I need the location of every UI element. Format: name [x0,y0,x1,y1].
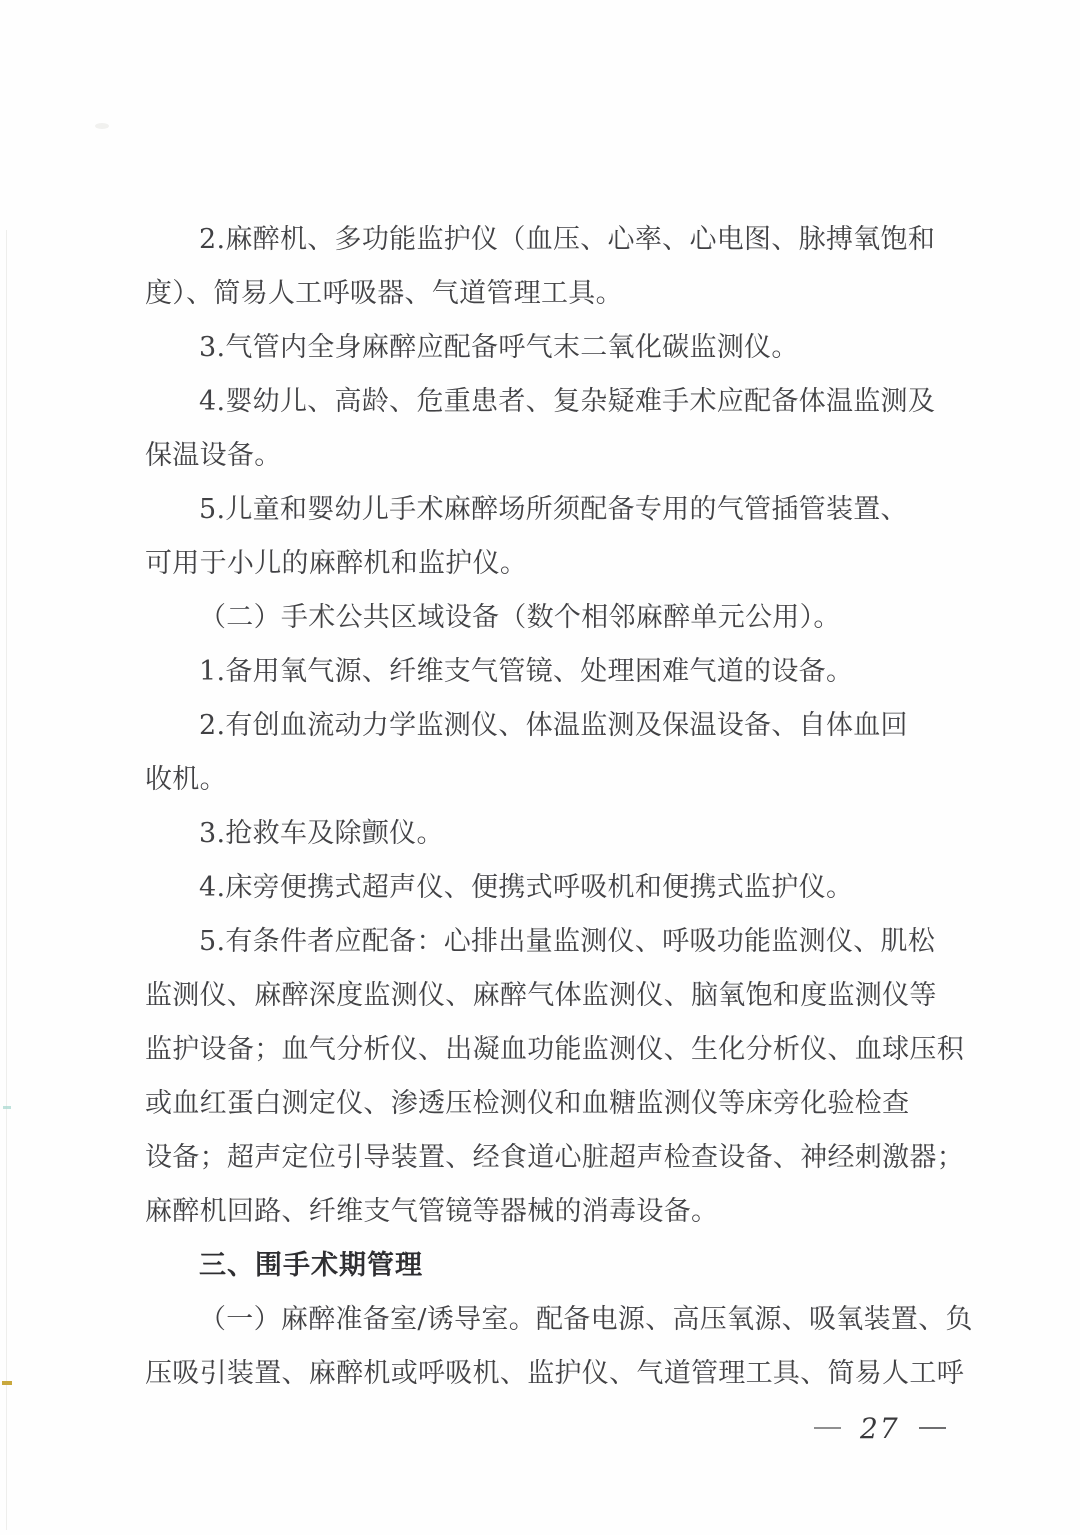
doc-line: （一）麻醉准备室/诱导室。配备电源、高压氧源、吸氧装置、负 [145,1293,963,1347]
doc-line: 5.有条件者应配备：心排出量监测仪、呼吸功能监测仪、肌松 [145,915,963,969]
page-number: 27 [860,1412,900,1445]
scan-smudge [95,123,109,129]
doc-line: 麻醉机回路、纤维支气管镜等器械的消毒设备。 [145,1185,963,1239]
doc-chapter-heading: 三、围手术期管理 [145,1239,963,1293]
doc-line: 4.婴幼儿、高龄、危重患者、复杂疑难手术应配备体温监测及 [145,375,963,429]
scan-speck-teal [3,1106,11,1109]
doc-line: 或血红蛋白测定仪、渗透压检测仪和血糖监测仪等床旁化验检查 [145,1077,963,1131]
doc-line: 监护设备；血气分析仪、出凝血功能监测仪、生化分析仪、血球压积 [145,1023,963,1077]
doc-line: 压吸引装置、麻醉机或呼吸机、监护仪、气道管理工具、简易人工呼 [145,1347,963,1401]
scan-speck-yellow [2,1381,12,1385]
document-body: 2.麻醉机、多功能监护仪（血压、心率、心电图、脉搏氧饱和 度）、简易人工呼吸器、… [145,213,963,1401]
doc-line: 2.麻醉机、多功能监护仪（血压、心率、心电图、脉搏氧饱和 [145,213,963,267]
doc-line: 收机。 [145,753,963,807]
doc-line: 可用于小儿的麻醉机和监护仪。 [145,537,963,591]
doc-line: 监测仪、麻醉深度监测仪、麻醉气体监测仪、脑氧饱和度监测仪等 [145,969,963,1023]
footer-rule-right [919,1427,946,1429]
doc-line: 3.气管内全身麻醉应配备呼气末二氧化碳监测仪。 [145,321,963,375]
doc-line: 保温设备。 [145,429,963,483]
doc-line: 1.备用氧气源、纤维支气管镜、处理困难气道的设备。 [145,645,963,699]
doc-section-heading-2: （二）手术公共区域设备（数个相邻麻醉单元公用）。 [145,591,963,645]
doc-line: 3.抢救车及除颤仪。 [145,807,963,861]
footer-rule-left [814,1427,841,1429]
doc-line: 5.儿童和婴幼儿手术麻醉场所须配备专用的气管插管装置、 [145,483,963,537]
doc-line: 4.床旁便携式超声仪、便携式呼吸机和便携式监护仪。 [145,861,963,915]
page-footer: 27 [814,1408,946,1448]
doc-line: 度）、简易人工呼吸器、气道管理工具。 [145,267,963,321]
doc-line: 设备；超声定位引导装置、经食道心脏超声检查设备、神经刺激器； [145,1131,963,1185]
doc-line: 2.有创血流动力学监测仪、体温监测及保温设备、自体血回 [145,699,963,753]
scan-edge-artifact [6,230,7,1530]
